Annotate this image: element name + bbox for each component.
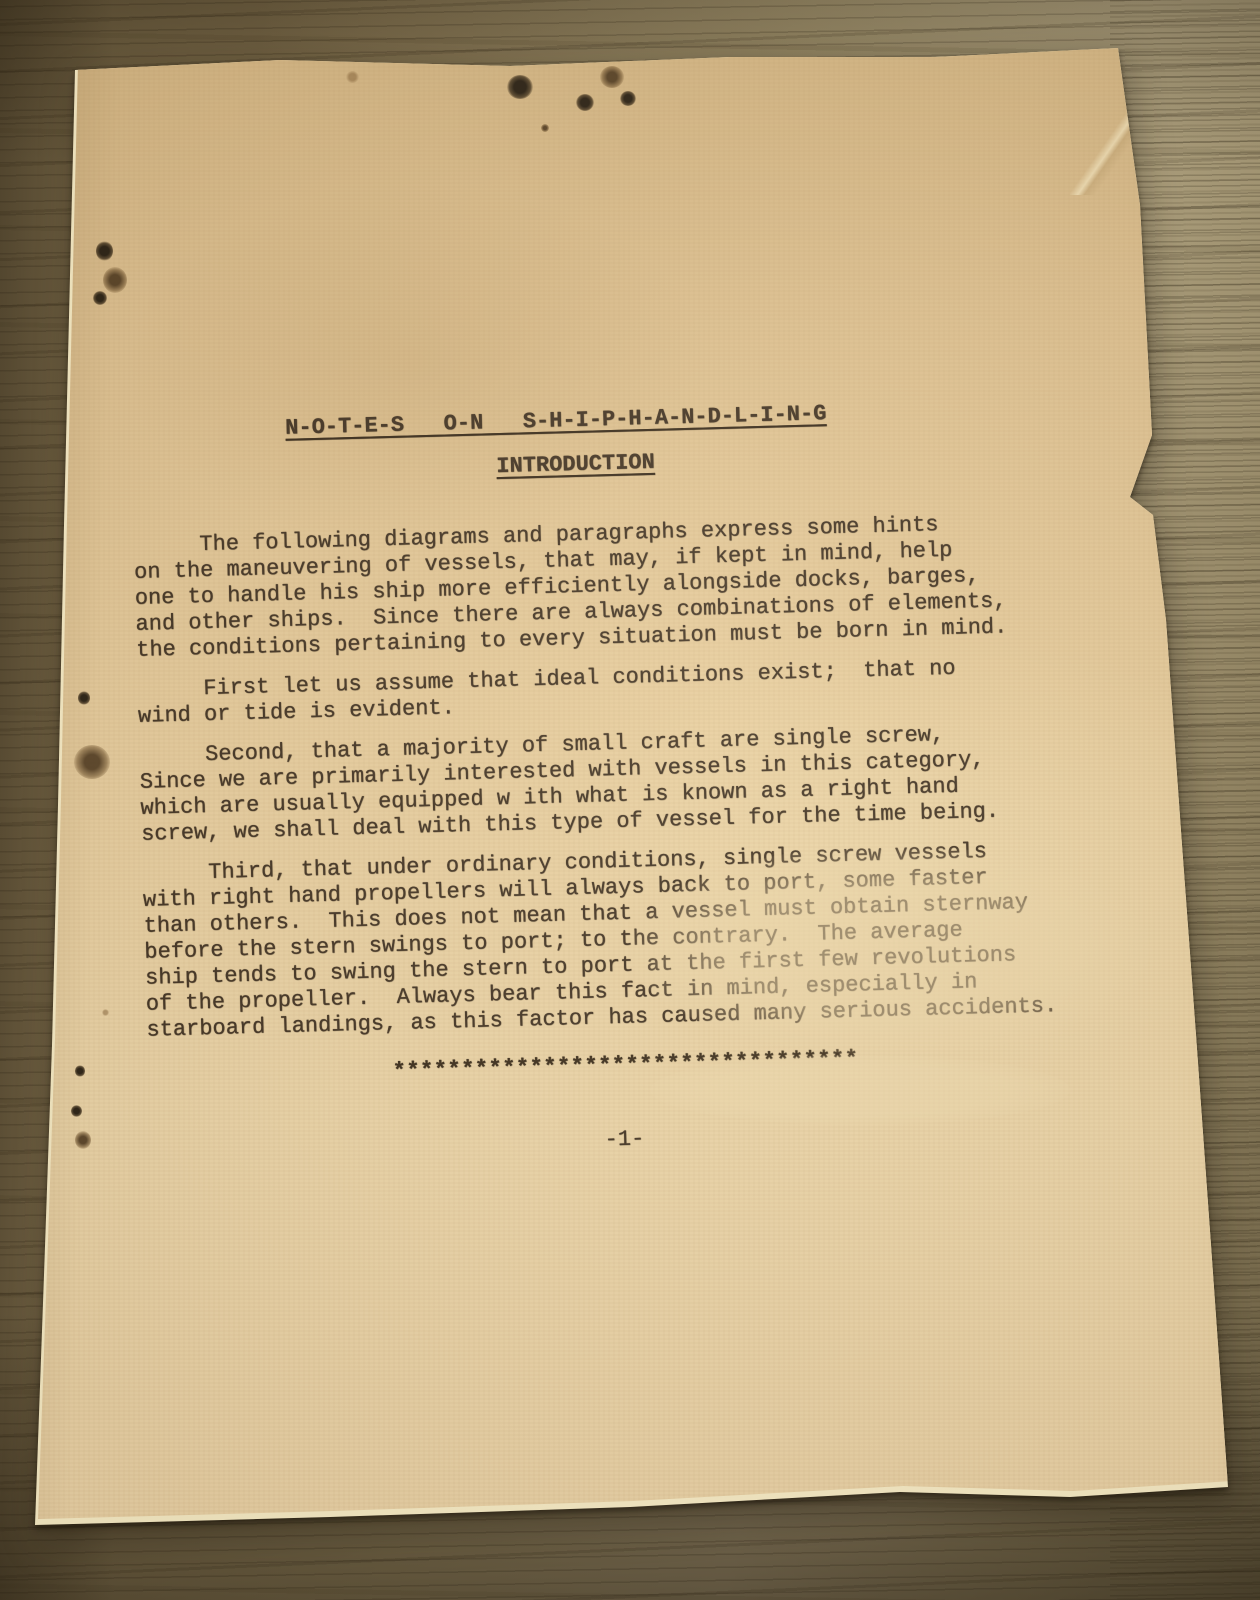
paper-edge: N-O-T-E-S O-N S-H-I-P-H-A-N-D-L-I-N-G IN… — [30, 45, 1230, 1530]
paragraph-3: Second, that a majority of small craft a… — [139, 718, 1091, 848]
typewritten-text: N-O-T-E-S O-N S-H-I-P-H-A-N-D-L-I-N-G IN… — [130, 394, 1100, 1165]
document-page: N-O-T-E-S O-N S-H-I-P-H-A-N-D-L-I-N-G IN… — [30, 45, 1230, 1530]
asterisk-divider: ********************************** — [392, 1040, 1097, 1085]
paragraph-2: First let us assume that ideal condition… — [137, 652, 1088, 730]
photo-scene: N-O-T-E-S O-N S-H-I-P-H-A-N-D-L-I-N-G IN… — [0, 0, 1260, 1600]
paragraph-1: The following diagrams and paragraphs ex… — [133, 508, 1086, 664]
document-subtitle: INTRODUCTION — [496, 438, 1081, 480]
paragraph-4: Third, that under ordinary conditions, s… — [142, 836, 1097, 1044]
